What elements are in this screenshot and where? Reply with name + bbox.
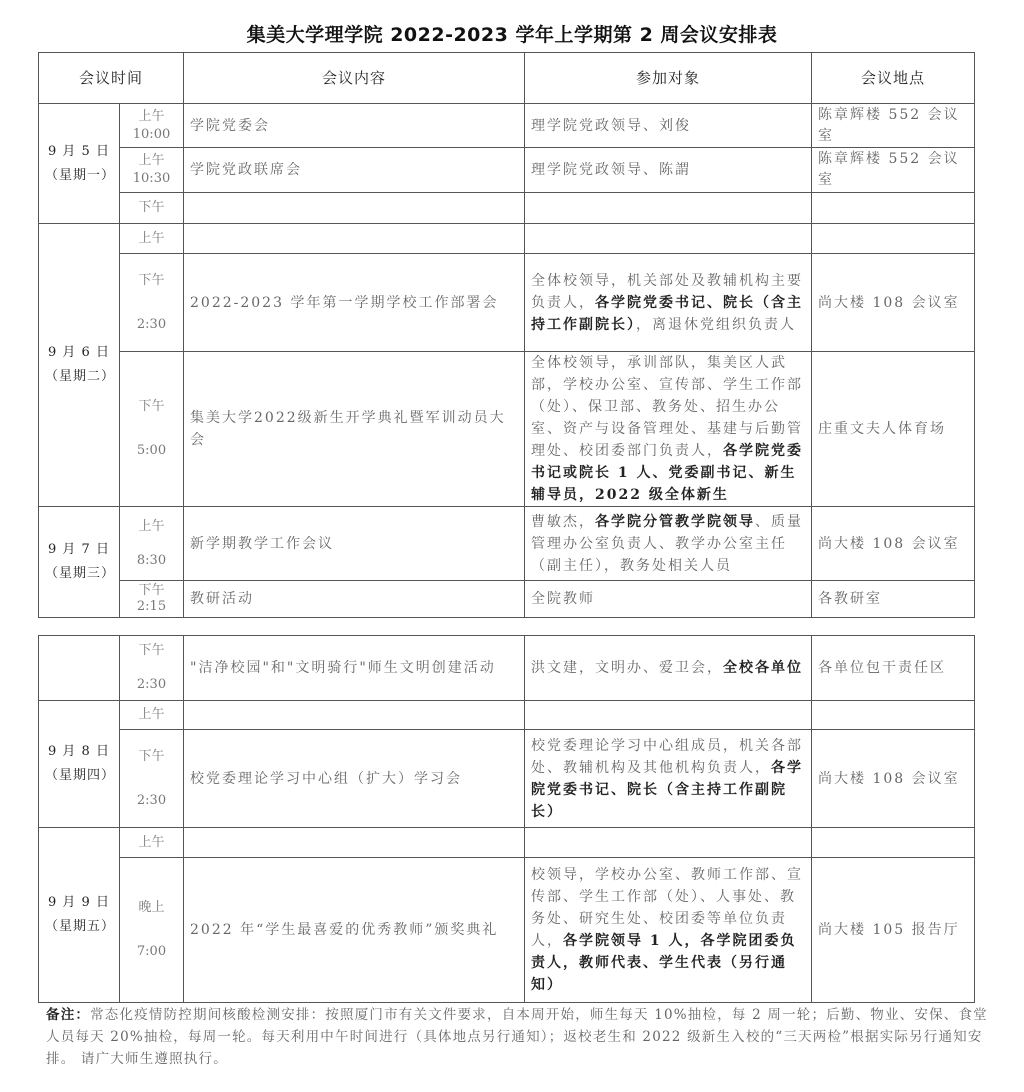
time-cell: 上午 10:30 — [120, 148, 184, 193]
location-cell: 尚大楼 108 会议室 — [812, 507, 975, 581]
footnote: 备注：常态化疫情防控期间核酸检测安排：按照厦门市有关文件要求，自本周开始，师生每… — [46, 1004, 991, 1070]
table-row: 晚上 7:00 2022 年“学生最喜爱的优秀教师”颁奖典礼 校领导，学校办公室… — [39, 858, 975, 1003]
table-row: 下午 2:30 "洁净校园"和"文明骑行"师生文明创建活动 洪文建，文明办、爱卫… — [39, 636, 975, 701]
time-cell: 下午 — [120, 193, 184, 224]
table-row: 9 月 8 日 （星期四） 上午 — [39, 701, 975, 730]
location-cell — [812, 193, 975, 224]
date-label: 9 月 8 日 — [45, 740, 113, 764]
attendees-cell: 理学院党政领导、陈謂 — [525, 148, 812, 193]
date-label: 9 月 6 日 — [45, 341, 113, 365]
table-row: 9 月 9 日 （星期五） 上午 — [39, 828, 975, 858]
table-row: 下午 2:30 校党委理论学习中心组（扩大）学习会 校党委理论学习中心组成员，机… — [39, 730, 975, 828]
location-cell: 各单位包干责任区 — [812, 636, 975, 701]
table-row: 下午 2:30 2022-2023 学年第一学期学校工作部署会 全体校领导，机关… — [39, 254, 975, 352]
date-cell — [39, 636, 120, 701]
content-cell: 2022 年“学生最喜爱的优秀教师”颁奖典礼 — [184, 858, 525, 1003]
footnote-text: 常态化疫情防控期间核酸检测安排：按照厦门市有关文件要求，自本周开始，师生每天 1… — [46, 1007, 988, 1067]
location-cell — [812, 224, 975, 254]
attendees-cell — [525, 193, 812, 224]
time-cell: 下午 2:15 — [120, 581, 184, 618]
time-cell: 上午 — [120, 828, 184, 858]
content-cell: 2022-2023 学年第一学期学校工作部署会 — [184, 254, 525, 352]
time-cell: 上午 8:30 — [120, 507, 184, 581]
date-cell: 9 月 5 日 （星期一） — [39, 104, 120, 224]
location-cell: 尚大楼 108 会议室 — [812, 730, 975, 828]
content-cell: 教研活动 — [184, 581, 525, 618]
attendees-cell: 曹敏杰，各学院分管教学院领导、质量管理办公室负责人、教学办公室主任（副主任），教… — [525, 507, 812, 581]
content-cell — [184, 701, 525, 730]
date-label: 9 月 9 日 — [45, 891, 113, 915]
content-cell: 学院党委会 — [184, 104, 525, 148]
table-row: 下午 2:15 教研活动 全院教师 各教研室 — [39, 581, 975, 618]
content-cell: 学院党政联席会 — [184, 148, 525, 193]
table-row: 9 月 5 日 （星期一） 上午 10:00 学院党委会 理学院党政领导、刘俊 … — [39, 104, 975, 148]
schedule-table-1: 会议时间 会议内容 参加对象 会议地点 9 月 5 日 （星期一） 上午 10:… — [38, 52, 975, 618]
attendees-cell — [525, 828, 812, 858]
header-location: 会议地点 — [812, 53, 975, 104]
date-cell: 9 月 8 日 （星期四） — [39, 701, 120, 828]
content-cell — [184, 828, 525, 858]
time-cell: 下午 5:00 — [120, 352, 184, 507]
footnote-label: 备注： — [46, 1007, 90, 1023]
location-cell: 庄重文夫人体育场 — [812, 352, 975, 507]
header-time: 会议时间 — [39, 53, 184, 104]
weekday-label: （星期二） — [45, 365, 113, 389]
attendees-cell — [525, 224, 812, 254]
date-label: 9 月 7 日 — [45, 538, 113, 562]
location-cell — [812, 701, 975, 730]
table-header-row: 会议时间 会议内容 参加对象 会议地点 — [39, 53, 975, 104]
page-title: 集美大学理学院 2022-2023 学年上学期第 2 周会议安排表 — [0, 20, 1024, 47]
attendees-cell: 全体校领导，机关部处及教辅机构主要负责人，各学院党委书记、院长（含主持工作副院长… — [525, 254, 812, 352]
table-row: 9 月 7 日 （星期三） 上午 8:30 新学期教学工作会议 曹敏杰，各学院分… — [39, 507, 975, 581]
weekday-label: （星期四） — [45, 764, 113, 788]
header-attendees: 参加对象 — [525, 53, 812, 104]
content-cell: 新学期教学工作会议 — [184, 507, 525, 581]
date-label: 9 月 5 日 — [45, 140, 113, 164]
attendees-cell — [525, 701, 812, 730]
attendees-cell: 理学院党政领导、刘俊 — [525, 104, 812, 148]
table-row: 9 月 6 日 （星期二） 上午 — [39, 224, 975, 254]
date-cell: 9 月 6 日 （星期二） — [39, 224, 120, 507]
time-cell: 上午 10:00 — [120, 104, 184, 148]
time-cell: 上午 — [120, 701, 184, 730]
attendees-cell: 全体校领导，承训部队，集美区人武部，学校办公室、宣传部、学生工作部（处）、保卫部… — [525, 352, 812, 507]
table-row: 下午 — [39, 193, 975, 224]
time-cell: 上午 — [120, 224, 184, 254]
attendees-cell: 校领导，学校办公室、教师工作部、宣传部、学生工作部（处）、人事处、教务处、研究生… — [525, 858, 812, 1003]
attendees-cell: 校党委理论学习中心组成员，机关各部处、教辅机构及其他机构负责人，各学院党委书记、… — [525, 730, 812, 828]
time-cell: 下午 2:30 — [120, 254, 184, 352]
content-cell: 校党委理论学习中心组（扩大）学习会 — [184, 730, 525, 828]
weekday-label: （星期五） — [45, 915, 113, 939]
content-cell: "洁净校园"和"文明骑行"师生文明创建活动 — [184, 636, 525, 701]
location-cell: 尚大楼 108 会议室 — [812, 254, 975, 352]
location-cell: 各教研室 — [812, 581, 975, 618]
date-cell: 9 月 7 日 （星期三） — [39, 507, 120, 618]
location-cell: 尚大楼 105 报告厅 — [812, 858, 975, 1003]
time-cell: 下午 2:30 — [120, 636, 184, 701]
weekday-label: （星期三） — [45, 562, 113, 586]
weekday-label: （星期一） — [45, 164, 113, 188]
content-cell — [184, 193, 525, 224]
attendees-cell: 洪文建，文明办、爱卫会，全校各单位 — [525, 636, 812, 701]
content-cell: 集美大学2022级新生开学典礼暨军训动员大会 — [184, 352, 525, 507]
table-row: 下午 5:00 集美大学2022级新生开学典礼暨军训动员大会 全体校领导，承训部… — [39, 352, 975, 507]
time-cell: 下午 2:30 — [120, 730, 184, 828]
header-content: 会议内容 — [184, 53, 525, 104]
attendees-cell: 全院教师 — [525, 581, 812, 618]
table-row: 上午 10:30 学院党政联席会 理学院党政领导、陈謂 陈章辉楼 552 会议室 — [39, 148, 975, 193]
location-cell: 陈章辉楼 552 会议室 — [812, 148, 975, 193]
content-cell — [184, 224, 525, 254]
location-cell: 陈章辉楼 552 会议室 — [812, 104, 975, 148]
time-cell: 晚上 7:00 — [120, 858, 184, 1003]
location-cell — [812, 828, 975, 858]
date-cell: 9 月 9 日 （星期五） — [39, 828, 120, 1003]
schedule-table-2: 下午 2:30 "洁净校园"和"文明骑行"师生文明创建活动 洪文建，文明办、爱卫… — [38, 635, 975, 1003]
